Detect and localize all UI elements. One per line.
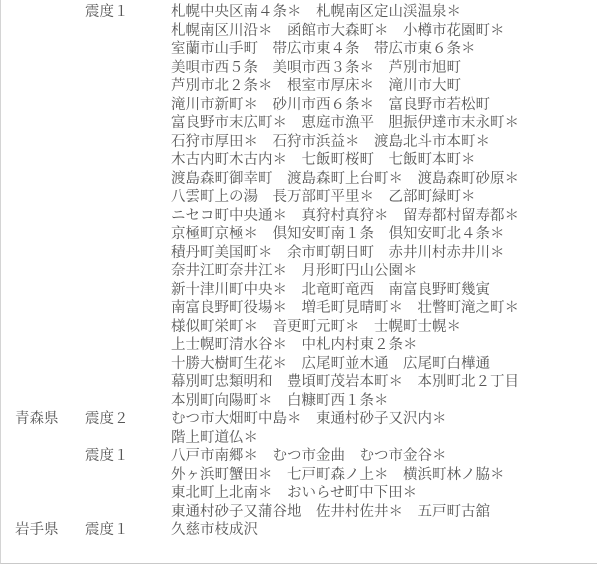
report-line: 八雲町上の湯 長万部町平里＊ 乙部町緑町＊ [1, 188, 597, 207]
intensity-label [85, 373, 171, 392]
station-list-line: 十勝大樹町生花＊ 広尾町並木通 広尾町白樺通 [171, 355, 597, 374]
report-line: 上士幌町清水谷＊ 中札内村東２条＊ [1, 336, 597, 355]
station-list-line: 様似町栄町＊ 音更町元町＊ 士幌町士幌＊ [171, 318, 597, 337]
report-line: 美唄市西５条 美唄市西３条＊ 芦別市旭町 [1, 59, 597, 78]
station-list-line: 東北町上北南＊ おいらせ町中下田＊ [171, 484, 597, 503]
intensity-label [85, 225, 171, 244]
intensity-label [85, 484, 171, 503]
prefecture-label [1, 336, 85, 355]
station-list-line: 南富良野町役場＊ 増毛町見晴町＊ 壮瞥町滝之町＊ [171, 299, 597, 318]
report-line: 東通村砂子又蒲谷地 佐井村佐井＊ 五戸町古舘 [1, 503, 597, 522]
report-line: 震度１八戸市南郷＊ むつ市金曲 むつ市金谷＊ [1, 447, 597, 466]
prefecture-label [1, 22, 85, 41]
report-line: 本別町向陽町＊ 白糠町西１条＊ [1, 392, 597, 411]
station-list-line: 本別町向陽町＊ 白糠町西１条＊ [171, 392, 597, 411]
seismic-intensity-report: 震度１札幌中央区南４条＊ 札幌南区定山渓温泉＊札幌南区川沿＊ 函館市大森町＊ 小… [0, 0, 598, 573]
station-list-line: 八雲町上の湯 長万部町平里＊ 乙部町緑町＊ [171, 188, 597, 207]
intensity-label [85, 96, 171, 115]
prefecture-label [1, 318, 85, 337]
report-line: 震度１札幌中央区南４条＊ 札幌南区定山渓温泉＊ [1, 3, 597, 22]
station-list-line: 東通村砂子又蒲谷地 佐井村佐井＊ 五戸町古舘 [171, 503, 597, 522]
station-list-line: 八戸市南郷＊ むつ市金曲 むつ市金谷＊ [171, 447, 597, 466]
report-line: 奈井江町奈井江＊ 月形町円山公園＊ [1, 262, 597, 281]
prefecture-label [1, 281, 85, 300]
report-line: 東北町上北南＊ おいらせ町中下田＊ [1, 484, 597, 503]
prefecture-label [1, 429, 85, 448]
intensity-label [85, 355, 171, 374]
station-list-line: 京極町京極＊ 倶知安町南１条 倶知安町北４条＊ [171, 225, 597, 244]
report-line: 十勝大樹町生花＊ 広尾町並木通 広尾町白樺通 [1, 355, 597, 374]
station-list-line: 富良野市末広町＊ 恵庭市漁平 胆振伊達市末永町＊ [171, 114, 597, 133]
station-list-line: 石狩市厚田＊ 石狩市浜益＊ 渡島北斗市本町＊ [171, 133, 597, 152]
intensity-label [85, 22, 171, 41]
prefecture-label [1, 114, 85, 133]
prefecture-label [1, 170, 85, 189]
station-list-line: 積丹町美国町＊ 余市町朝日町 赤井川村赤井川＊ [171, 244, 597, 263]
prefecture-label [1, 40, 85, 59]
intensity-label [85, 114, 171, 133]
station-list-line: 奈井江町奈井江＊ 月形町円山公園＊ [171, 262, 597, 281]
intensity-label [85, 170, 171, 189]
report-line: 滝川市新町＊ 砂川市西６条＊ 富良野市若松町 [1, 96, 597, 115]
intensity-label [85, 207, 171, 226]
prefecture-label [1, 299, 85, 318]
intensity-label [85, 188, 171, 207]
report-line: 積丹町美国町＊ 余市町朝日町 赤井川村赤井川＊ [1, 244, 597, 263]
station-list-line: 上士幌町清水谷＊ 中札内村東２条＊ [171, 336, 597, 355]
station-list-line: 幕別町忠類明和 豊頃町茂岩本町＊ 本別町北２丁目 [171, 373, 597, 392]
prefecture-label [1, 207, 85, 226]
prefecture-label [1, 373, 85, 392]
prefecture-label [1, 3, 85, 22]
report-line: 階上町道仏＊ [1, 429, 597, 448]
intensity-label [85, 429, 171, 448]
report-line: 外ヶ浜町蟹田＊ 七戸町森ノ上＊ 横浜町林ノ脇＊ [1, 466, 597, 485]
intensity-label [85, 503, 171, 522]
report-line: 様似町栄町＊ 音更町元町＊ 士幌町士幌＊ [1, 318, 597, 337]
station-list-line: 美唄市西５条 美唄市西３条＊ 芦別市旭町 [171, 59, 597, 78]
report-line: 渡島森町御幸町 渡島森町上台町＊ 渡島森町砂原＊ [1, 170, 597, 189]
station-list-line: 室蘭市山手町 帯広市東４条 帯広市東６条＊ [171, 40, 597, 59]
station-list-line: 階上町道仏＊ [171, 429, 597, 448]
intensity-label [85, 281, 171, 300]
report-line: 幕別町忠類明和 豊頃町茂岩本町＊ 本別町北２丁目 [1, 373, 597, 392]
intensity-label [85, 40, 171, 59]
report-line: 岩手県震度１久慈市枝成沢 [1, 521, 597, 540]
station-list-line: 外ヶ浜町蟹田＊ 七戸町森ノ上＊ 横浜町林ノ脇＊ [171, 466, 597, 485]
station-list-line: 札幌南区川沿＊ 函館市大森町＊ 小樽市花園町＊ [171, 22, 597, 41]
report-line: 富良野市末広町＊ 恵庭市漁平 胆振伊達市末永町＊ [1, 114, 597, 133]
report-line: 石狩市厚田＊ 石狩市浜益＊ 渡島北斗市本町＊ [1, 133, 597, 152]
intensity-label: 震度１ [85, 3, 171, 22]
intensity-label [85, 392, 171, 411]
prefecture-label [1, 466, 85, 485]
intensity-label [85, 318, 171, 337]
intensity-label: 震度２ [85, 410, 171, 429]
intensity-label: 震度１ [85, 521, 171, 540]
report-line: 新十津川町中央＊ 北竜町竜西 南富良野町幾寅 [1, 281, 597, 300]
report-line: 芦別市北２条＊ 根室市厚床＊ 滝川市大町 [1, 77, 597, 96]
intensity-label [85, 466, 171, 485]
intensity-label [85, 59, 171, 78]
prefecture-label: 岩手県 [1, 521, 85, 540]
prefecture-label [1, 447, 85, 466]
station-list-line: 札幌中央区南４条＊ 札幌南区定山渓温泉＊ [171, 3, 597, 22]
intensity-label [85, 133, 171, 152]
station-list-line: 木古内町木古内＊ 七飯町桜町 七飯町本町＊ [171, 151, 597, 170]
report-line: 京極町京極＊ 倶知安町南１条 倶知安町北４条＊ [1, 225, 597, 244]
prefecture-label [1, 262, 85, 281]
intensity-label [85, 244, 171, 263]
prefecture-label [1, 225, 85, 244]
prefecture-label: 青森県 [1, 410, 85, 429]
intensity-label: 震度１ [85, 447, 171, 466]
prefecture-label [1, 59, 85, 78]
report-line: 南富良野町役場＊ 増毛町見晴町＊ 壮瞥町滝之町＊ [1, 299, 597, 318]
intensity-label [85, 299, 171, 318]
prefecture-label [1, 355, 85, 374]
intensity-label [85, 336, 171, 355]
intensity-label [85, 77, 171, 96]
report-line: 青森県震度２むつ市大畑町中島＊ 東通村砂子又沢内＊ [1, 410, 597, 429]
prefecture-label [1, 503, 85, 522]
prefecture-label [1, 151, 85, 170]
intensity-label [85, 151, 171, 170]
report-line: ニセコ町中央通＊ 真狩村真狩＊ 留寿都村留寿都＊ [1, 207, 597, 226]
station-list-line: 滝川市新町＊ 砂川市西６条＊ 富良野市若松町 [171, 96, 597, 115]
prefecture-label [1, 392, 85, 411]
report-line: 室蘭市山手町 帯広市東４条 帯広市東６条＊ [1, 40, 597, 59]
report-line: 札幌南区川沿＊ 函館市大森町＊ 小樽市花園町＊ [1, 22, 597, 41]
station-list-line: 久慈市枝成沢 [171, 521, 597, 540]
prefecture-label [1, 244, 85, 263]
prefecture-label [1, 188, 85, 207]
report-line: 木古内町木古内＊ 七飯町桜町 七飯町本町＊ [1, 151, 597, 170]
intensity-station-table: 震度１札幌中央区南４条＊ 札幌南区定山渓温泉＊札幌南区川沿＊ 函館市大森町＊ 小… [0, 0, 597, 564]
prefecture-label [1, 96, 85, 115]
prefecture-label [1, 484, 85, 503]
intensity-label [85, 262, 171, 281]
station-list-line: ニセコ町中央通＊ 真狩村真狩＊ 留寿都村留寿都＊ [171, 207, 597, 226]
station-list-line: 新十津川町中央＊ 北竜町竜西 南富良野町幾寅 [171, 281, 597, 300]
prefecture-label [1, 133, 85, 152]
station-list-line: 渡島森町御幸町 渡島森町上台町＊ 渡島森町砂原＊ [171, 170, 597, 189]
prefecture-label [1, 77, 85, 96]
station-list-line: 芦別市北２条＊ 根室市厚床＊ 滝川市大町 [171, 77, 597, 96]
station-list-line: むつ市大畑町中島＊ 東通村砂子又沢内＊ [171, 410, 597, 429]
